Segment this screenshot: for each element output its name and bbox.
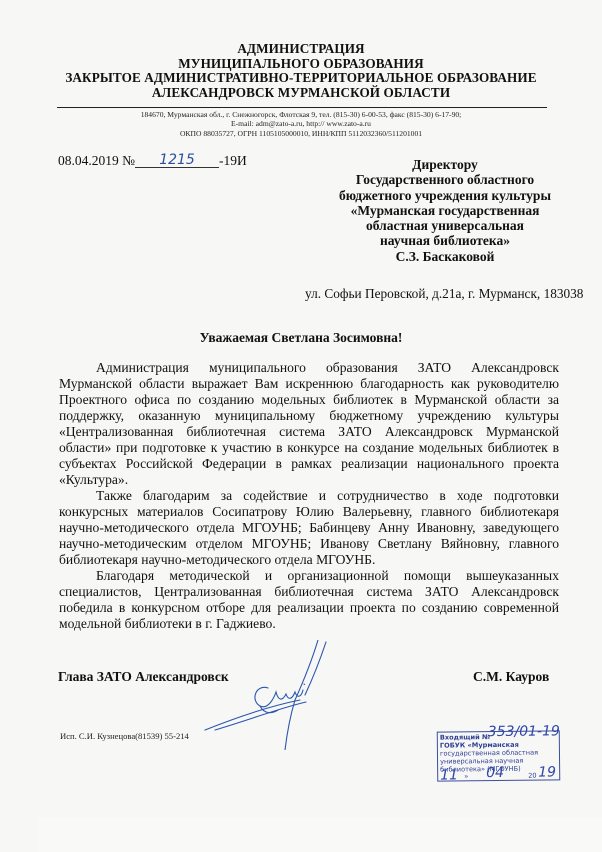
handwritten-signature-icon [200,640,400,750]
salutation: Уважаемая Светлана Зосимовна! [0,330,602,346]
letterhead-line: АДМИНИСТРАЦИЯ [0,42,602,57]
page-bottom-margin [38,818,602,852]
paragraph: Благодаря методической и организационной… [59,568,559,632]
registration-line: 08.04.2019 №1215-19И [58,153,247,169]
stamp-quote: » [464,772,468,780]
addressee-line: бюджетного учреждения культуры [300,188,590,203]
letterhead-line: АЛЕКСАНДРОВСК МУРМАНСКОЙ ОБЛАСТИ [0,86,602,101]
stamp-handwritten-year: 19 [538,765,556,779]
contact-info: 184670, Мурманская обл., г. Снежногорск,… [0,110,602,138]
contact-codes: ОКПО 88035727, ОГРН 1105105000010, ИНН/К… [0,129,602,138]
handwritten-number: 1215 [135,153,219,168]
addressee-street: ул. Софьи Перовской, д.21а, г. Мурманск,… [305,286,583,302]
addressee-name: С.З. Баскаковой [300,249,590,264]
contact-address: 184670, Мурманская обл., г. Снежногорск,… [0,110,602,119]
letterhead: АДМИНИСТРАЦИЯ МУНИЦИПАЛЬНОГО ОБРАЗОВАНИЯ… [0,42,602,100]
addressee-line: Государственного областного [300,172,590,187]
signatory-name: С.М. Кауров [473,669,549,685]
incoming-stamp: Входящий № ГОБУК «Мурманская государстве… [437,730,561,781]
addressee-line: научная библиотека» [300,233,590,248]
letterhead-line: МУНИЦИПАЛЬНОГО ОБРАЗОВАНИЯ [0,57,602,72]
header-divider [57,107,547,108]
paragraph: Также благодарим за содействие и сотрудн… [59,488,559,568]
letter-page: АДМИНИСТРАЦИЯ МУНИЦИПАЛЬНОГО ОБРАЗОВАНИЯ… [0,0,602,852]
stamp-year-label: 20 [528,772,536,780]
executor-info: Исп. С.И. Кузнецова(81539) 55-214 [60,731,189,741]
registration-suffix: -19И [219,153,247,168]
paragraph: Администрация муниципального образования… [59,360,559,488]
stamp-handwritten-month: 04 [486,766,504,780]
letter-body: Администрация муниципального образования… [59,360,559,632]
registration-date: 08.04.2019 [58,153,119,168]
stamp-handwritten-number: 353/01-19 [488,724,560,739]
addressee-line: «Мурманская государственная [300,203,590,218]
addressee-line: Директору [300,157,590,172]
addressee-line: областная универсальная [300,218,590,233]
letterhead-line: ЗАКРЫТОЕ АДМИНИСТРАТИВНО-ТЕРРИТОРИАЛЬНОЕ… [0,71,602,86]
number-sign: № [122,153,135,168]
contact-web: E-mail: adm@zato-a.ru, http:// www.zato-… [0,119,602,128]
stamp-handwritten-day: 11 [440,768,458,782]
addressee-block: Директору Государственного областного бю… [300,157,590,264]
